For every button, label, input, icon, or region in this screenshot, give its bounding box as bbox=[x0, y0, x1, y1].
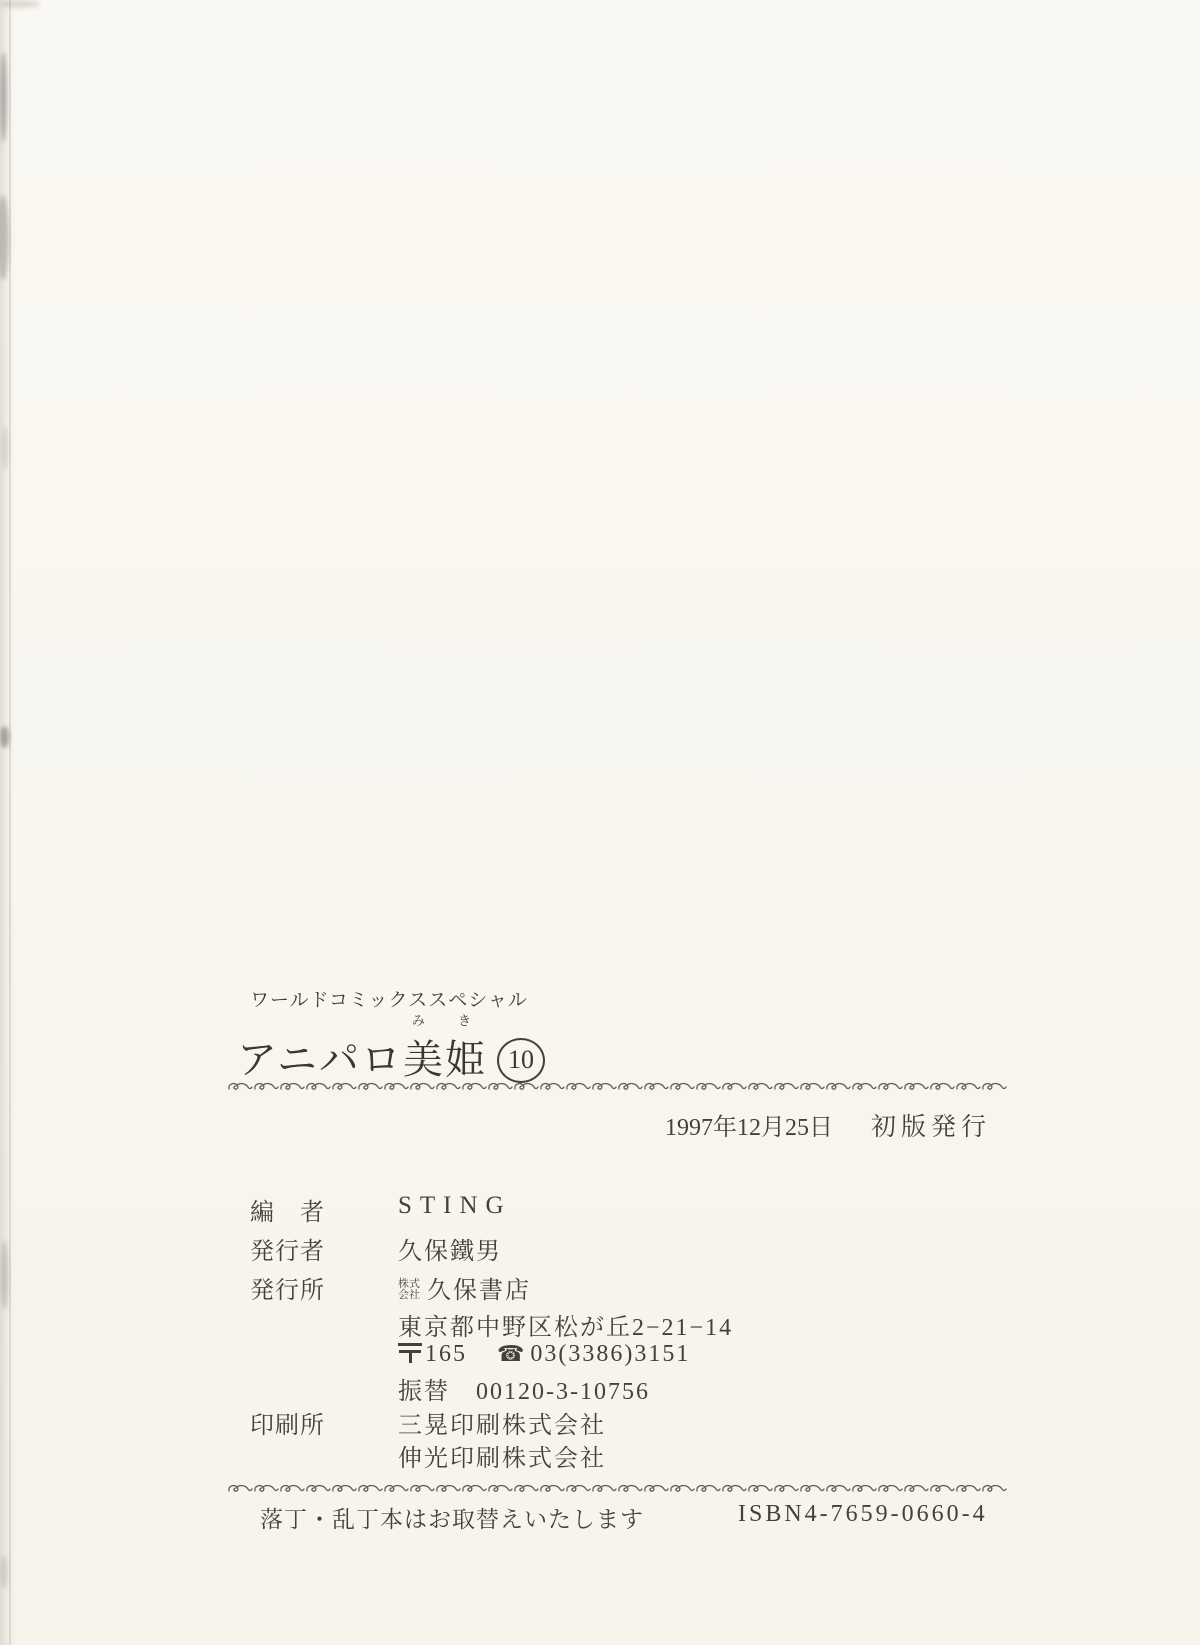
scan-smudge bbox=[0, 52, 7, 142]
postal-phone-line: 165☎03(3386)3151 bbox=[398, 1341, 690, 1368]
book-title: アニパロ美姫 bbox=[237, 1037, 487, 1082]
editor-label: 編 者 bbox=[250, 1192, 325, 1227]
publication-date-line: 1997年12月25日初版発行 bbox=[665, 1107, 991, 1143]
replacement-notice: 落丁・乱丁本はお取替えいたします bbox=[260, 1501, 644, 1534]
telephone-icon: ☎ bbox=[497, 1342, 526, 1367]
book-title-row: アニパロ美姫10 bbox=[237, 1028, 545, 1088]
scanned-colophon-page: ワールドコミックススペシャル みき アニパロ美姫10 1997年12月25日初版… bbox=[0, 0, 1200, 1645]
company-type-stacked: 株式 会社 bbox=[398, 1279, 420, 1301]
scan-edge-crease bbox=[9, 0, 11, 1645]
publication-date: 1997年12月25日 bbox=[665, 1115, 833, 1141]
printer-name-1: 三晃印刷株式会社 bbox=[398, 1405, 606, 1440]
volume-circled-number: 10 bbox=[497, 1038, 545, 1083]
edition-label: 初版発行 bbox=[871, 1114, 991, 1141]
publishing-office-label: 発行所 bbox=[250, 1270, 325, 1305]
ornamental-divider-top bbox=[227, 1080, 1008, 1093]
printer-name-2: 伸光印刷株式会社 bbox=[398, 1438, 606, 1473]
printer-label: 印刷所 bbox=[250, 1405, 325, 1440]
ornamental-divider-bottom bbox=[227, 1482, 1008, 1495]
postal-mark-icon bbox=[398, 1342, 422, 1363]
scan-smudge bbox=[0, 726, 9, 748]
postal-transfer-number: 00120-3-10756 bbox=[476, 1379, 650, 1405]
isbn: ISBN4-7659-0660-4 bbox=[738, 1501, 988, 1528]
scan-smudge bbox=[1, 1240, 8, 1310]
editor-name: STING bbox=[398, 1192, 512, 1220]
phone-number: 03(3386)3151 bbox=[530, 1341, 690, 1367]
publisher-label: 発行者 bbox=[250, 1231, 325, 1266]
postal-code: 165 bbox=[425, 1341, 467, 1367]
publishing-office-name: 株式 会社久保書店 bbox=[398, 1270, 531, 1305]
scan-smudge bbox=[0, 0, 40, 8]
publishing-office-text: 久保書店 bbox=[427, 1278, 531, 1304]
publisher-address: 東京都中野区松が丘2−21−14 bbox=[398, 1307, 733, 1342]
phone-group: ☎03(3386)3151 bbox=[497, 1341, 690, 1367]
title-furigana: みき bbox=[412, 1010, 504, 1029]
scan-smudge bbox=[2, 425, 8, 470]
series-label: ワールドコミックススペシャル bbox=[250, 985, 528, 1012]
postal-transfer-line: 振替00120-3-10756 bbox=[398, 1371, 650, 1406]
volume-number: 10 bbox=[508, 1045, 534, 1075]
scan-smudge bbox=[0, 1555, 8, 1589]
postal-transfer-label: 振替 bbox=[398, 1379, 450, 1405]
publisher-name: 久保鐵男 bbox=[398, 1231, 502, 1266]
